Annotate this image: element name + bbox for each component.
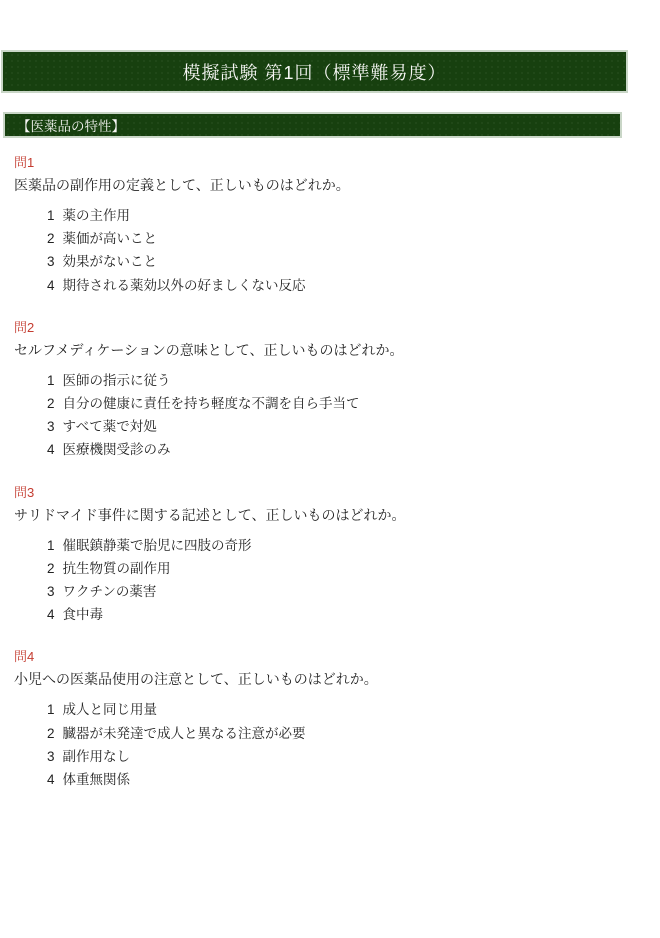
- option-text: 体重無関係: [63, 772, 131, 787]
- option-number: 3: [47, 415, 55, 438]
- option-item: 4体重無関係: [47, 768, 660, 791]
- section-title: 【医薬品の特性】: [17, 115, 125, 135]
- question-block-2: 問2 セルフメディケーションの意味として、正しいものはどれか。 1医師の指示に従…: [0, 319, 660, 462]
- question-block-3: 問3 サリドマイド事件に関する記述として、正しいものはどれか。 1催眠鎮静薬で胎…: [0, 484, 660, 627]
- option-list: 1薬の主作用 2薬価が高いこと 3効果がないこと 4期待される薬効以外の好ましく…: [14, 204, 660, 297]
- option-item: 3副作用なし: [47, 745, 660, 768]
- option-number: 2: [47, 722, 55, 745]
- option-text: 副作用なし: [63, 749, 131, 764]
- option-text: 医師の指示に従う: [63, 373, 171, 388]
- option-number: 1: [47, 369, 55, 392]
- question-number: 問2: [14, 319, 660, 336]
- option-item: 4医療機関受診のみ: [47, 438, 660, 461]
- option-number: 2: [47, 392, 55, 415]
- option-text: 臓器が未発達で成人と異なる注意が必要: [63, 726, 306, 741]
- option-item: 1成人と同じ用量: [47, 698, 660, 721]
- option-number: 4: [47, 603, 55, 626]
- question-text: セルフメディケーションの意味として、正しいものはどれか。: [14, 341, 660, 360]
- question-text: 医薬品の副作用の定義として、正しいものはどれか。: [14, 176, 660, 195]
- option-item: 1催眠鎮静薬で胎児に四肢の奇形: [47, 534, 660, 557]
- option-text: 催眠鎮静薬で胎児に四肢の奇形: [63, 538, 252, 553]
- question-block-1: 問1 医薬品の副作用の定義として、正しいものはどれか。 1薬の主作用 2薬価が高…: [0, 154, 660, 297]
- option-text: 成人と同じ用量: [63, 702, 158, 717]
- option-list: 1医師の指示に従う 2自分の健康に責任を持ち軽度な不調を自ら手当て 3すべて薬で…: [14, 369, 660, 462]
- option-number: 4: [47, 768, 55, 791]
- option-text: 薬価が高いこと: [63, 231, 158, 246]
- option-number: 1: [47, 534, 55, 557]
- option-item: 1医師の指示に従う: [47, 369, 660, 392]
- option-number: 3: [47, 745, 55, 768]
- option-item: 1薬の主作用: [47, 204, 660, 227]
- question-text: サリドマイド事件に関する記述として、正しいものはどれか。: [14, 506, 660, 525]
- question-block-4: 問4 小児への医薬品使用の注意として、正しいものはどれか。 1成人と同じ用量 2…: [0, 648, 660, 791]
- option-number: 4: [47, 438, 55, 461]
- option-item: 3ワクチンの薬害: [47, 580, 660, 603]
- option-number: 3: [47, 580, 55, 603]
- option-number: 1: [47, 698, 55, 721]
- option-item: 4期待される薬効以外の好ましくない反応: [47, 274, 660, 297]
- option-item: 4食中毒: [47, 603, 660, 626]
- option-item: 2臓器が未発達で成人と異なる注意が必要: [47, 722, 660, 745]
- question-text: 小児への医薬品使用の注意として、正しいものはどれか。: [14, 670, 660, 689]
- option-number: 1: [47, 204, 55, 227]
- question-number: 問4: [14, 648, 660, 665]
- option-text: 医療機関受診のみ: [63, 442, 171, 457]
- option-text: すべて薬で対処: [63, 419, 157, 434]
- option-list: 1成人と同じ用量 2臓器が未発達で成人と異なる注意が必要 3副作用なし 4体重無…: [14, 698, 660, 791]
- exam-title-banner: 模擬試験 第1回（標準難易度）: [1, 50, 628, 93]
- option-item: 3効果がないこと: [47, 250, 660, 273]
- option-text: ワクチンの薬害: [63, 584, 157, 599]
- option-text: 期待される薬効以外の好ましくない反応: [63, 278, 306, 293]
- option-number: 3: [47, 250, 55, 273]
- option-item: 2薬価が高いこと: [47, 227, 660, 250]
- option-text: 効果がないこと: [63, 254, 158, 269]
- question-number: 問3: [14, 484, 660, 501]
- page-title: 模擬試験 第1回（標準難易度）: [182, 59, 446, 85]
- section-header: 【医薬品の特性】: [3, 112, 622, 138]
- option-number: 2: [47, 227, 55, 250]
- option-text: 薬の主作用: [63, 208, 131, 223]
- option-text: 食中毒: [63, 607, 104, 622]
- option-item: 2自分の健康に責任を持ち軽度な不調を自ら手当て: [47, 392, 660, 415]
- option-number: 2: [47, 557, 55, 580]
- option-text: 自分の健康に責任を持ち軽度な不調を自ら手当て: [63, 396, 360, 411]
- option-item: 2抗生物質の副作用: [47, 557, 660, 580]
- option-list: 1催眠鎮静薬で胎児に四肢の奇形 2抗生物質の副作用 3ワクチンの薬害 4食中毒: [14, 534, 660, 627]
- question-number: 問1: [14, 154, 660, 171]
- option-text: 抗生物質の副作用: [63, 561, 171, 576]
- question-list: 問1 医薬品の副作用の定義として、正しいものはどれか。 1薬の主作用 2薬価が高…: [0, 154, 660, 791]
- option-number: 4: [47, 274, 55, 297]
- exam-page: 模擬試験 第1回（標準難易度） 【医薬品の特性】 問1 医薬品の副作用の定義とし…: [0, 0, 660, 938]
- option-item: 3すべて薬で対処: [47, 415, 660, 438]
